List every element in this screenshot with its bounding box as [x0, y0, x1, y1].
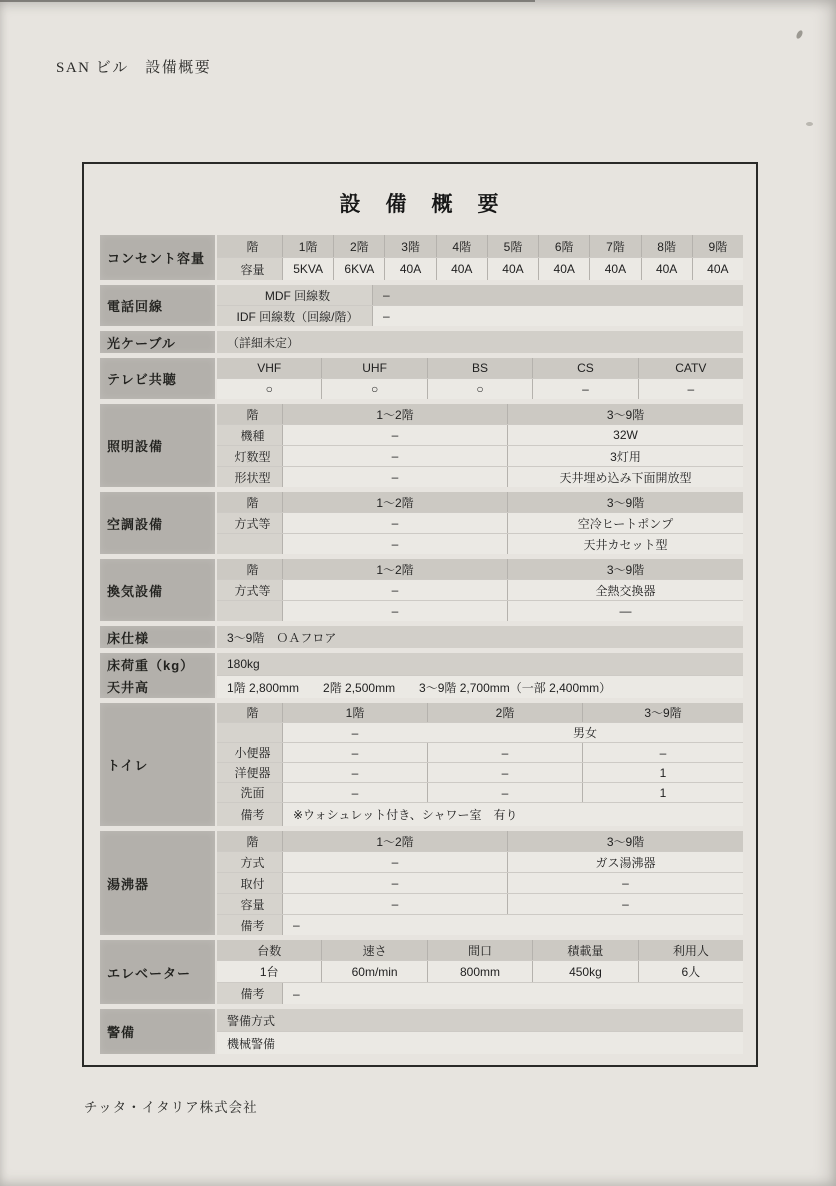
elevator-header-row: 台数 速さ 間口 積載量 利用人	[217, 940, 743, 960]
value-cell: –	[282, 580, 507, 600]
phone-item-value: –	[372, 285, 743, 305]
toilet-row: 小便器 – – –	[217, 742, 743, 762]
floor-cell: 8階	[641, 235, 692, 257]
item-label: 洗面	[217, 783, 282, 802]
ceiling-height-label: 天井高	[100, 676, 215, 698]
fiber-row: （詳細未定）	[217, 331, 743, 353]
elevator-column-header: 速さ	[321, 940, 426, 960]
capacity-cell: 6KVA	[333, 258, 384, 280]
tv-header-row: VHF UHF BS CS CATV	[217, 358, 743, 378]
capacity-cell: 40A	[384, 258, 435, 280]
note-label: 備考	[217, 983, 282, 1004]
value-cell: –	[507, 894, 743, 914]
value-cell: –	[507, 873, 743, 893]
value-cell: –	[282, 534, 507, 554]
floor-cell: 3階	[384, 235, 435, 257]
capacity-cell: 40A	[538, 258, 589, 280]
section-toilet: トイレ 階 1階 2階 3～9階 – 男女 小便器 –	[100, 703, 743, 826]
ventilation-row: 方式等 – 全熱交換器	[217, 579, 743, 600]
floor-cell: 5階	[487, 235, 538, 257]
floor-header-label: 階	[217, 404, 282, 424]
value-cell: 3灯用	[507, 446, 743, 466]
capacity-cell: 40A	[589, 258, 640, 280]
value-cell: 空冷ヒートポンプ	[507, 513, 743, 533]
tv-value-row: ○ ○ ○ – –	[217, 378, 743, 399]
section-label: 湯沸器	[100, 831, 215, 935]
capacity-row: 容量 5KVA 6KVA 40A 40A 40A 40A 40A 40A 40A	[217, 257, 743, 280]
security-row: 機械警備	[217, 1031, 743, 1054]
scanned-document-page: SAN ビル 設備概要 設 備 概 要 コンセント容量 階 1階 2階 3階 4…	[0, 0, 836, 1186]
item-label: 小便器	[217, 743, 282, 762]
ventilation-row: – ―	[217, 600, 743, 621]
value-cell: –	[282, 425, 507, 445]
item-label	[217, 601, 282, 621]
section-phone-lines: 電話回線 MDF 回線数 – IDF 回線数（回線/階） –	[100, 285, 743, 326]
tv-value-cell: ○	[427, 379, 532, 399]
value-cell: –	[282, 723, 427, 742]
section-label: 電話回線	[100, 285, 215, 326]
value-cell: –	[282, 601, 507, 621]
toilet-row: 洗面 – – 1	[217, 782, 743, 802]
tv-column-header: BS	[427, 358, 532, 378]
company-name: チッタ・イタリア株式会社	[84, 1096, 258, 1116]
phone-item-label: MDF 回線数	[217, 285, 372, 305]
item-label: 方式等	[217, 513, 282, 533]
item-label: 方式等	[217, 580, 282, 600]
security-method-label: 警備方式	[217, 1009, 743, 1031]
floor-spec-value: 3～9階 ＯＡフロア	[217, 626, 743, 648]
floor-range-cell: 3～9階	[507, 831, 743, 851]
floor-range-cell: 1～2階	[282, 492, 507, 512]
section-floor-spec: 床仕様 3～9階 ＯＡフロア	[100, 626, 743, 648]
section-security: 警備 警備方式 機械警備	[100, 1009, 743, 1054]
tv-column-header: UHF	[321, 358, 426, 378]
value-cell: 800mm	[427, 961, 532, 982]
capacity-cell: 5KVA	[282, 258, 333, 280]
value-cell: 1	[582, 783, 743, 802]
floor-header-row: 階 1～2階 3～9階	[217, 492, 743, 512]
note-value: –	[282, 983, 743, 1004]
floor-cell: 1階	[282, 235, 333, 257]
floor-header-row: 階 1階 2階 3～9階	[217, 703, 743, 722]
section-label: コンセント容量	[100, 235, 215, 280]
tv-column-header: CATV	[638, 358, 743, 378]
lighting-row: 灯数型 – 3灯用	[217, 445, 743, 466]
item-label-empty	[217, 723, 282, 742]
section-label: テレビ共聴	[100, 358, 215, 399]
section-label: 床荷重（kg） 天井高	[100, 653, 215, 698]
item-label: 方式	[217, 852, 282, 872]
ceiling-height-value: 1階 2,800mm 2階 2,500mm 3～9階 2,700mm（一部 2,…	[217, 676, 743, 698]
value-cell: –	[427, 763, 582, 782]
machine-security-label: 機械警備	[217, 1032, 743, 1054]
document-frame: 設 備 概 要 コンセント容量 階 1階 2階 3階 4階 5階 6階 7階 8…	[82, 162, 758, 1067]
value-cell: ―	[507, 601, 743, 621]
section-tv-reception: テレビ共聴 VHF UHF BS CS CATV ○ ○ ○ – –	[100, 358, 743, 399]
value-cell: 全熱交換器	[507, 580, 743, 600]
value-cell: 450kg	[532, 961, 637, 982]
floor-range-cell: 1～2階	[282, 831, 507, 851]
section-label: トイレ	[100, 703, 215, 826]
section-outlet-capacity: コンセント容量 階 1階 2階 3階 4階 5階 6階 7階 8階 9階	[100, 235, 743, 280]
value-cell: 1台	[217, 961, 321, 982]
capacity-cell: 40A	[436, 258, 487, 280]
scan-artifact-top-edge	[0, 0, 535, 2]
document-title: 設 備 概 要	[84, 188, 756, 218]
lighting-row: 機種 – 32W	[217, 424, 743, 445]
fiber-value: （詳細未定）	[217, 331, 743, 353]
capacity-cell: 40A	[641, 258, 692, 280]
tv-value-cell: –	[638, 379, 743, 399]
toilet-gender-row: – 男女	[217, 722, 743, 742]
section-lighting: 照明設備 階 1～2階 3～9階 機種 – 32W 灯数型 –	[100, 404, 743, 487]
value-cell: –	[427, 743, 582, 762]
elevator-column-header: 利用人	[638, 940, 743, 960]
floor-range-cell: 1～2階	[282, 559, 507, 579]
floor-cell: 6階	[538, 235, 589, 257]
floor-header-label: 階	[217, 703, 282, 722]
floor-header-row: 階 1～2階 3～9階	[217, 831, 743, 851]
ceiling-height-row: 1階 2,800mm 2階 2,500mm 3～9階 2,700mm（一部 2,…	[217, 675, 743, 698]
scan-artifact-speck	[795, 29, 804, 39]
floor-cell: 2階	[333, 235, 384, 257]
value-cell: –	[282, 763, 427, 782]
floor-load-label: 床荷重（kg）	[100, 654, 215, 676]
floor-cell: 2階	[427, 703, 582, 722]
item-label	[217, 534, 282, 554]
aircon-row: 方式等 – 空冷ヒートポンプ	[217, 512, 743, 533]
value-cell: –	[582, 743, 743, 762]
floor-cell: 4階	[436, 235, 487, 257]
phone-item-label: IDF 回線数（回線/階）	[217, 306, 372, 326]
value-cell: 天井カセット型	[507, 534, 743, 554]
floor-range-cell: 3～9階	[507, 492, 743, 512]
section-floor-load-ceiling: 床荷重（kg） 天井高 180kg 1階 2,800mm 2階 2,500mm …	[100, 653, 743, 698]
floor-header-label: 階	[217, 559, 282, 579]
floor-cell: 9階	[692, 235, 743, 257]
sections-container: コンセント容量 階 1階 2階 3階 4階 5階 6階 7階 8階 9階	[100, 235, 743, 1054]
tv-column-header: CS	[532, 358, 637, 378]
item-label: 灯数型	[217, 446, 282, 466]
floor-spec-row: 3～9階 ＯＡフロア	[217, 626, 743, 648]
heater-row: 方式 – ガス湯沸器	[217, 851, 743, 872]
item-label: 取付	[217, 873, 282, 893]
capacity-label: 容量	[217, 258, 282, 280]
tv-value-cell: ○	[321, 379, 426, 399]
value-cell: –	[282, 513, 507, 533]
floor-load-row: 180kg	[217, 653, 743, 675]
aircon-row: – 天井カセット型	[217, 533, 743, 554]
floor-cell: 1階	[282, 703, 427, 722]
tv-value-cell: –	[532, 379, 637, 399]
gender-cell: 男女	[427, 723, 743, 742]
elevator-column-header: 間口	[427, 940, 532, 960]
tv-column-header: VHF	[217, 358, 321, 378]
lighting-row: 形状型 – 天井埋め込み下面開放型	[217, 466, 743, 487]
phone-item-value: –	[372, 306, 743, 326]
floor-cell: 3～9階	[582, 703, 743, 722]
value-cell: –	[427, 783, 582, 802]
value-cell: –	[282, 467, 507, 487]
floor-load-value: 180kg	[217, 653, 743, 675]
item-label: 容量	[217, 894, 282, 914]
floor-range-cell: 3～9階	[507, 404, 743, 424]
capacity-cell: 40A	[487, 258, 538, 280]
scan-artifact-speck	[806, 122, 813, 126]
floor-header-label: 階	[217, 235, 282, 257]
section-label: 光ケーブル	[100, 331, 215, 353]
value-cell: –	[282, 873, 507, 893]
floor-header-row: 階 1～2階 3～9階	[217, 404, 743, 424]
note-label: 備考	[217, 915, 282, 935]
elevator-column-header: 積載量	[532, 940, 637, 960]
value-cell: 32W	[507, 425, 743, 445]
elevator-value-row: 1台 60m/min 800mm 450kg 6人	[217, 960, 743, 982]
value-cell: –	[282, 743, 427, 762]
value-cell: –	[282, 783, 427, 802]
item-label: 洋便器	[217, 763, 282, 782]
section-label: 空調設備	[100, 492, 215, 554]
value-cell: 6人	[638, 961, 743, 982]
section-label: エレベーター	[100, 940, 215, 1004]
elevator-note-row: 備考 –	[217, 982, 743, 1004]
section-label: 換気設備	[100, 559, 215, 621]
capacity-cell: 40A	[692, 258, 743, 280]
note-value: ※ウォシュレット付き、シャワー室 有り	[282, 803, 743, 826]
toilet-note-row: 備考 ※ウォシュレット付き、シャワー室 有り	[217, 802, 743, 826]
value-cell: 1	[582, 763, 743, 782]
floor-range-cell: 1～2階	[282, 404, 507, 424]
item-label: 形状型	[217, 467, 282, 487]
section-elevator: エレベーター 台数 速さ 間口 積載量 利用人 1台 60m/min 800mm…	[100, 940, 743, 1004]
toilet-row: 洋便器 – – 1	[217, 762, 743, 782]
section-label: 照明設備	[100, 404, 215, 487]
heater-note-row: 備考 –	[217, 914, 743, 935]
value-cell: –	[282, 894, 507, 914]
phone-row: IDF 回線数（回線/階） –	[217, 305, 743, 326]
value-cell: –	[282, 852, 507, 872]
floor-cell: 7階	[589, 235, 640, 257]
floor-header-row: 階 1～2階 3～9階	[217, 559, 743, 579]
note-value: –	[282, 915, 743, 935]
section-optical-cable: 光ケーブル （詳細未定）	[100, 331, 743, 353]
elevator-column-header: 台数	[217, 940, 321, 960]
heater-row: 取付 – –	[217, 872, 743, 893]
section-label: 警備	[100, 1009, 215, 1054]
floor-header-label: 階	[217, 492, 282, 512]
heater-row: 容量 – –	[217, 893, 743, 914]
value-cell: 天井埋め込み下面開放型	[507, 467, 743, 487]
phone-row: MDF 回線数 –	[217, 285, 743, 305]
value-cell: ガス湯沸器	[507, 852, 743, 872]
document-header: SAN ビル 設備概要	[56, 56, 211, 77]
note-label: 備考	[217, 803, 282, 826]
tv-value-cell: ○	[217, 379, 321, 399]
floor-header-label: 階	[217, 831, 282, 851]
section-ventilation: 換気設備 階 1～2階 3～9階 方式等 – 全熱交換器 –	[100, 559, 743, 621]
section-label: 床仕様	[100, 626, 215, 648]
item-label: 機種	[217, 425, 282, 445]
section-water-heater: 湯沸器 階 1～2階 3～9階 方式 – ガス湯沸器 取付 –	[100, 831, 743, 935]
value-cell: 60m/min	[321, 961, 426, 982]
floor-range-cell: 3～9階	[507, 559, 743, 579]
floor-header-row: 階 1階 2階 3階 4階 5階 6階 7階 8階 9階	[217, 235, 743, 257]
section-air-conditioning: 空調設備 階 1～2階 3～9階 方式等 – 空冷ヒートポンプ –	[100, 492, 743, 554]
security-row: 警備方式	[217, 1009, 743, 1031]
value-cell: –	[282, 446, 507, 466]
